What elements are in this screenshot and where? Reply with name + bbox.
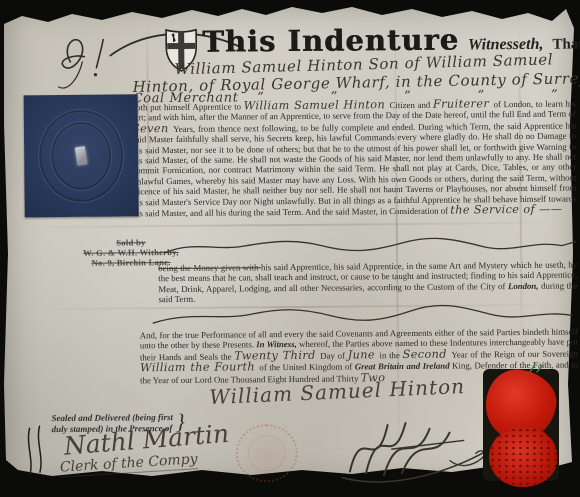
green-fiber-flecks: [528, 362, 546, 374]
stray-ink-marks: [23, 420, 52, 480]
sealed-note-line1: Sealed and Delivered (being first: [51, 412, 173, 424]
handwritten-insertion: June: [348, 348, 380, 361]
printed-text: doth put himself Apprentice to: [132, 101, 244, 112]
printed-text: of the United Kingdom of: [259, 362, 355, 373]
handwritten-insertion: Seven: [132, 122, 173, 135]
deletion-squiggle-line: [150, 301, 578, 329]
indenture-body-paragraph: doth put himself Apprentice to William S…: [132, 98, 577, 219]
handwritten-insertion: William the Fourth: [140, 360, 259, 374]
ghost-stamp-inner-ring: [248, 435, 286, 471]
printed-text: in the: [379, 350, 402, 360]
handwritten-insertion: Second: [403, 347, 452, 360]
teaching-covenant-paragraph: being the Money given with his said Appr…: [158, 259, 577, 304]
handwritten-insertion: the Service of ——: [450, 203, 562, 217]
embossed-blue-duty-stamp: [24, 94, 139, 217]
photographed-indenture-document: This Indenture Witnesseth, That William …: [0, 0, 580, 497]
faint-red-office-stamp: [236, 424, 299, 483]
fold-crease: [10, 222, 565, 229]
deletion-squiggle-line: [162, 233, 578, 259]
printed-text: London,: [508, 281, 541, 291]
printed-text: Day of: [320, 350, 348, 360]
printed-text: being the Money given with: [158, 262, 261, 273]
printed-text: Year of the Reign of our Sovereign: [451, 348, 578, 359]
master-flourished-signature: [331, 406, 497, 489]
printed-text: Citizen and: [389, 100, 433, 110]
heading-that: That: [552, 36, 580, 53]
red-wax-seal-bottom: [489, 427, 557, 487]
